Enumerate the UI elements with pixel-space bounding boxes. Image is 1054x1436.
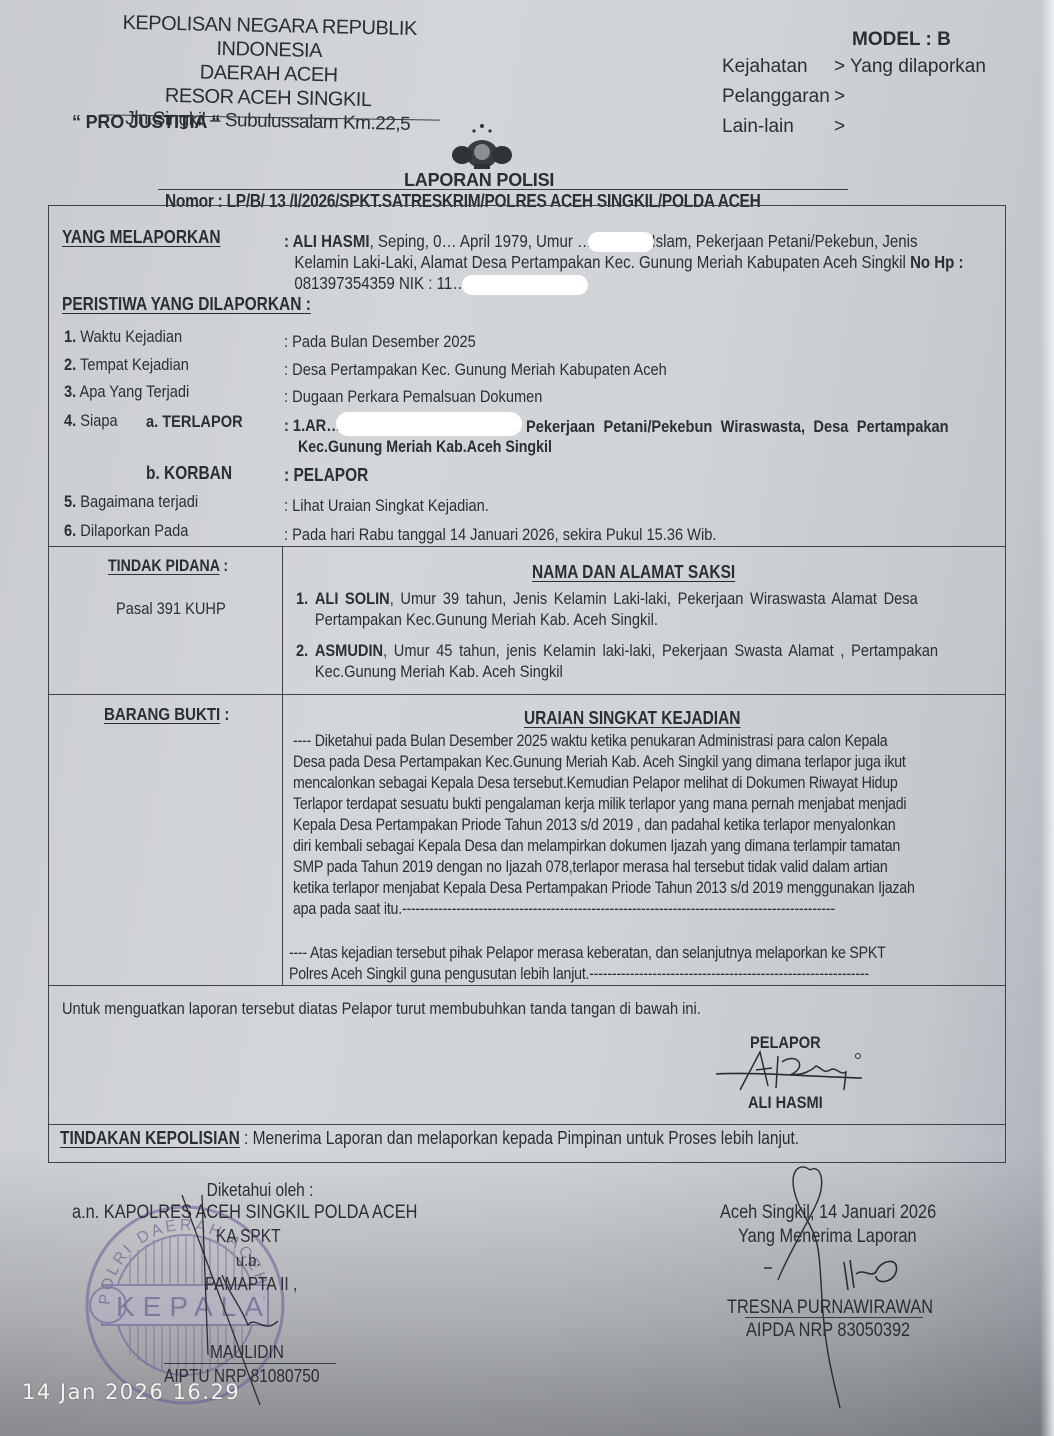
report-table [48, 205, 1006, 1163]
statement-text: Untuk menguatkan laporan tersebut diatas… [62, 998, 701, 1019]
item-label: Siapa [80, 411, 117, 430]
category-row: Pelanggaran > [722, 82, 986, 112]
item-number: 4. [64, 411, 76, 430]
saksi-heading: NAMA DAN ALAMAT SAKSI [532, 562, 735, 583]
reporter-line-2: Kelamin Laki-Laki, Alamat Desa Pertampak… [284, 252, 890, 273]
event-item: 3. Apa Yang Terjadi [64, 381, 189, 402]
category-label: Kejahatan [722, 56, 834, 78]
saksi-detail: , Umur 39 tahun, Jenis Kelamin Laki-laki… [390, 589, 918, 608]
letterhead-line: KEPOLISAN NEGARA REPUBLIK INDONESIA [79, 10, 460, 66]
tindak-pidana-title: TINDAK PIDANA [108, 557, 219, 575]
name-rule [164, 1363, 336, 1364]
saksi-name: ASMUDIN [315, 641, 383, 660]
item-label: Bagaimana terjadi [80, 492, 198, 511]
saksi-address: Pertampakan Kec.Gunung Meriah Kab. Aceh … [296, 609, 889, 630]
event-item-value: : Desa Pertampakan Kec. Gunung Meriah Ka… [284, 359, 667, 380]
uraian-line: SMP pada Tahun 2019 dengan no Ijazah 078… [293, 857, 895, 878]
item-value: Lihat Uraian Singkat Kejadian. [292, 496, 489, 515]
event-item-value: : Pada hari Rabu tanggal 14 Januari 2026… [284, 524, 716, 545]
terlapor-address: Kec.Gunung Meriah Kab.Aceh Singkil [298, 437, 552, 458]
tindakan-heading: TINDAKAN KEPOLISIAN [60, 1128, 240, 1148]
item-number: 3. [64, 382, 76, 401]
uraian-line: diri kembali sebagai Kepala Desa dan mel… [293, 836, 895, 857]
category-table: Kejahatan > Yang dilaporkan Pelanggaran … [722, 52, 986, 142]
event-item-value: : Lihat Uraian Singkat Kejadian. [284, 495, 489, 516]
uraian-closing: ---- Atas kejadian tersebut pihak Pelapo… [289, 943, 989, 985]
event-item: 1. Waktu Kejadian [64, 326, 182, 347]
column-divider [282, 546, 283, 986]
saksi-number: 2. [296, 641, 308, 660]
terlapor-value-end: Pekerjaan Petani/Pekebun Wiraswasta, Des… [526, 416, 949, 437]
event-item: 2. Tempat Kejadian [64, 354, 189, 375]
pro-justitia: “ PRO JUSTITIA “ [72, 112, 220, 133]
category-label: Lain-lain [722, 116, 834, 138]
title-rule [158, 189, 848, 190]
penerima-place-date: Aceh Singkil, 14 Januari 2026 [720, 1202, 936, 1223]
reporter-heading-row: YANG MELAPORKAN [62, 227, 246, 248]
penerima-title: Yang Menerima Laporan [738, 1226, 917, 1247]
event-item-value: : Dugaan Perkara Pemalsuan Dokumen [284, 386, 542, 407]
paper-edge [1040, 0, 1054, 1436]
name-rule [745, 1317, 923, 1318]
item-number: 6. [64, 521, 76, 540]
item-label: Tempat Kejadian [80, 355, 189, 374]
uraian-line: apa pada saat itu.----------------------… [293, 899, 895, 920]
ub-label: u.b. [236, 1250, 260, 1271]
item-number: 1. [64, 327, 76, 346]
uraian-line: mencalonkan sebagai Kepala Desa tersebut… [293, 773, 895, 794]
divider [48, 985, 1006, 986]
event-item: 5. Bagaimana terjadi [64, 491, 198, 512]
saksi-name: ALI SOLIN [315, 589, 390, 608]
terlapor-value-start: : 1.AR… [284, 415, 341, 436]
item-value: Pada Bulan Desember 2025 [292, 332, 476, 351]
item-value: Desa Pertampakan Kec. Gunung Meriah Kabu… [292, 360, 667, 379]
event-heading-row: PERISTIWA YANG DILAPORKAN : [62, 294, 351, 315]
police-emblem-icon [444, 122, 520, 172]
uraian-line: ketika terlapor menjabat Kepala Desa Per… [293, 878, 895, 899]
redaction [462, 275, 588, 295]
reporter-phone-label: No Hp : [910, 252, 964, 272]
saksi-address: Kec.Gunung Meriah Kab. Aceh Singkil [296, 661, 889, 682]
item-value: Dugaan Perkara Pemalsuan Dokumen [292, 387, 542, 406]
korban-name: PELAPOR [293, 465, 368, 485]
item-value: Pada hari Rabu tanggal 14 Januari 2026, … [292, 525, 716, 544]
tindak-pidana-value: Pasal 391 KUHP [116, 598, 226, 619]
pamapta-label: PAMAPTA II , [205, 1274, 297, 1295]
photo-timestamp: 14 Jan 2026 16.29 [22, 1380, 240, 1404]
category-value: > [834, 116, 845, 138]
divider [48, 546, 1006, 547]
redaction [336, 412, 522, 436]
uraian-closing-line: ---- Atas kejadian tersebut pihak Pelapo… [289, 943, 891, 964]
korban-value: : PELAPOR [284, 465, 368, 486]
penerima-name: TRESNA PURNAWIRAWAN [727, 1297, 933, 1318]
category-row: Lain-lain > [722, 112, 986, 142]
saksi-line: 1. ALI SOLIN, Umur 39 tahun, Jenis Kelam… [296, 588, 889, 609]
uraian-closing-line: Polres Aceh Singkil guna pengusutan lebi… [289, 964, 891, 985]
penerima-signature [760, 1160, 940, 1410]
uraian-line: Kepala Desa Pertampakan Priode Tahun 201… [293, 815, 895, 836]
category-row: Kejahatan > Yang dilaporkan [722, 52, 986, 82]
tindakan-row: TINDAKAN KEPOLISIAN : Menerima Laporan d… [60, 1128, 799, 1149]
pelapor-name: ALI HASMI [748, 1092, 823, 1113]
item-label: Dilaporkan Pada [80, 521, 188, 540]
reporter-address: Kelamin Laki-Laki, Alamat Desa Pertampak… [294, 252, 906, 272]
diketahui-name: MAULIDIN [210, 1342, 284, 1363]
divider [48, 694, 1006, 695]
category-value: > Yang dilaporkan [834, 56, 986, 78]
tindak-pidana-heading: TINDAK PIDANA : [108, 556, 228, 577]
barang-bukti-title: BARANG BUKTI [104, 704, 220, 724]
event-item: 6. Dilaporkan Pada [64, 520, 188, 541]
uraian-heading: URAIAN SINGKAT KEJADIAN [524, 708, 740, 729]
category-value: > [834, 86, 845, 108]
uraian-line: Terlapor terdapat sesuatu bukti pengalam… [293, 794, 895, 815]
uraian-line: ---- Diketahui pada Bulan Desember 2025 … [293, 731, 895, 752]
uraian-body: ---- Diketahui pada Bulan Desember 2025 … [293, 731, 993, 920]
korban-label: b. KORBAN [146, 463, 232, 484]
item-label: Apa Yang Terjadi [79, 382, 189, 401]
terlapor-label: a. TERLAPOR [146, 411, 243, 432]
event-heading: PERISTIWA YANG DILAPORKAN : [62, 294, 311, 315]
saksi-item: 1. ALI SOLIN, Umur 39 tahun, Jenis Kelam… [296, 588, 986, 630]
diketahui-label: Diketahui oleh : [207, 1178, 314, 1202]
category-label: Pelanggaran [722, 86, 834, 108]
uraian-line: Desa pada Desa Pertampakan Kec.Gunung Me… [293, 752, 895, 773]
diketahui-block: Diketahui oleh : [60, 1178, 460, 1202]
stamp-center-text: KEPALA [116, 1291, 271, 1322]
saksi-line: 2. ASMUDIN, Umur 45 tahun, jenis Kelamin… [296, 640, 889, 661]
saksi-detail: , Umur 45 tahun, jenis Kelamin laki-laki… [383, 641, 938, 660]
document-title: LAPORAN POLISI [404, 170, 554, 191]
event-item-siapa: 4. Siapa [64, 410, 118, 431]
item-number: 2. [64, 355, 76, 374]
item-number: 5. [64, 492, 76, 511]
saksi-number: 1. [296, 589, 308, 608]
penerima-nrp: AIPDA NRP 83050392 [746, 1320, 910, 1341]
reporter-heading: YANG MELAPORKAN [62, 227, 221, 248]
pelapor-title: PELAPOR [750, 1032, 821, 1053]
redaction [588, 232, 654, 252]
saksi-item: 2. ASMUDIN, Umur 45 tahun, jenis Kelamin… [296, 640, 986, 682]
event-item-value: : Pada Bulan Desember 2025 [284, 331, 476, 352]
an-kapolres: a.n. KAPOLRES ACEH SINGKIL POLDA ACEH [72, 1202, 417, 1223]
model-label: MODEL : B [852, 29, 951, 51]
barang-bukti-heading: BARANG BUKTI : [104, 704, 229, 725]
reporter-name: ALI HASMI [293, 231, 370, 251]
terlapor-name: 1.AR… [293, 416, 341, 435]
item-label: Waktu Kejadian [80, 327, 182, 346]
tindakan-value: : Menerima Laporan dan melaporkan kepada… [240, 1128, 799, 1148]
ka-spkt: KA SPKT [216, 1226, 281, 1247]
divider [48, 1124, 1006, 1125]
